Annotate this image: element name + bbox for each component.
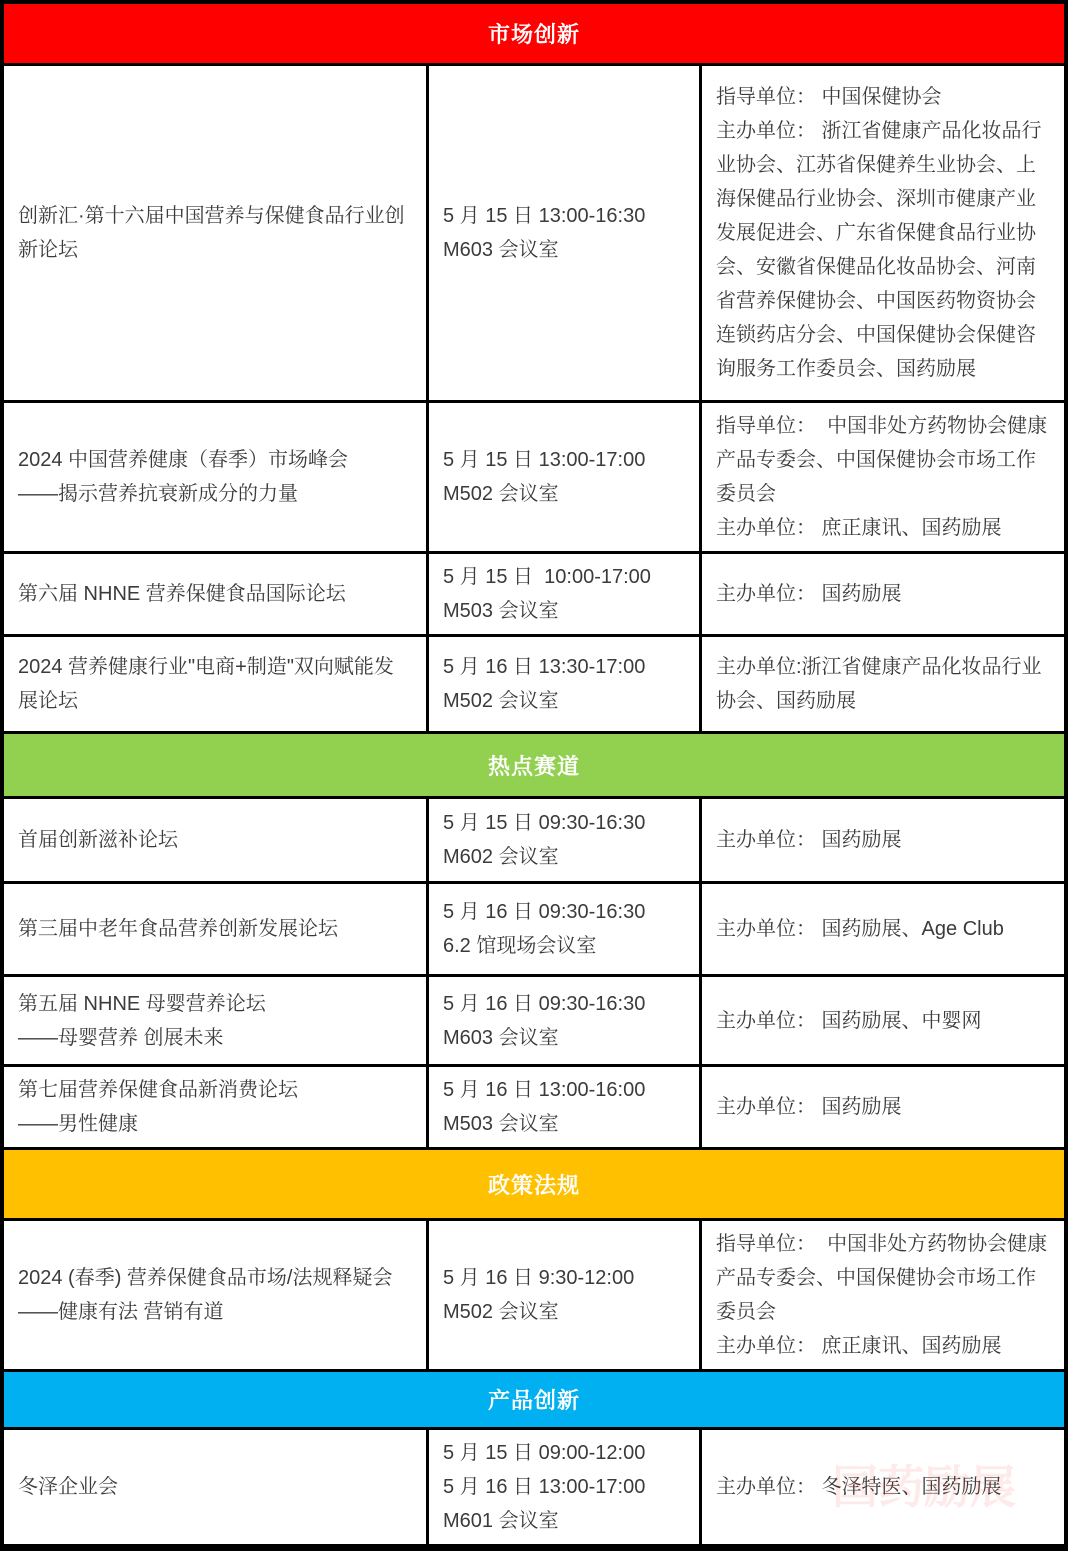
organizer-host: 主办单位:浙江省健康产品化妆品行业协会、国药励展 (716, 650, 1050, 718)
event-subtitle: ——男性健康 (18, 1107, 412, 1141)
table-row: 创新汇·第十六届中国营养与保健食品行业创新论坛 5 月 15 日 13:00-1… (4, 66, 1064, 403)
schedule-line: 6.2 馆现场会议室 (443, 929, 685, 963)
event-cell: 2024 营养健康行业"电商+制造"双向赋能发展论坛 (4, 637, 429, 731)
event-subtitle: ——健康有法 营销有道 (18, 1295, 412, 1329)
event-title: 第三届中老年食品营养创新发展论坛 (18, 912, 412, 946)
organizer-host: 主办单位： 国药励展 (716, 577, 1050, 611)
event-cell: 2024 (春季) 营养保健食品市场/法规释疑会 ——健康有法 营销有道 (4, 1221, 429, 1369)
organizer-host: 主办单位： 国药励展 (716, 1090, 1050, 1124)
section-header-market: 市场创新 (4, 4, 1064, 66)
event-title: 第六届 NHNE 营养保健食品国际论坛 (18, 577, 412, 611)
event-cell: 第七届营养保健食品新消费论坛 ——男性健康 (4, 1067, 429, 1147)
schedule-cell: 5 月 15 日 09:30-16:30 M602 会议室 (429, 799, 702, 881)
table-row: 第六届 NHNE 营养保健食品国际论坛 5 月 15 日 10:00-17:00… (4, 554, 1064, 637)
schedule-cell: 5 月 16 日 13:00-16:00 M503 会议室 (429, 1067, 702, 1147)
schedule-cell: 5 月 15 日 10:00-17:00 M503 会议室 (429, 554, 702, 634)
organizer-cell: 主办单位： 国药励展、Age Club (702, 884, 1064, 974)
event-cell: 第三届中老年食品营养创新发展论坛 (4, 884, 429, 974)
table-row: 2024 营养健康行业"电商+制造"双向赋能发展论坛 5 月 16 日 13:3… (4, 637, 1064, 734)
table-row: 第七届营养保健食品新消费论坛 ——男性健康 5 月 16 日 13:00-16:… (4, 1067, 1064, 1150)
schedule-line: M502 会议室 (443, 477, 685, 511)
schedule-line: M601 会议室 (443, 1504, 685, 1538)
schedule-line: 5 月 16 日 09:30-16:30 (443, 987, 685, 1021)
schedule-line: M503 会议室 (443, 1107, 685, 1141)
organizer-cell: 主办单位： 国药励展、中婴网 (702, 977, 1064, 1064)
organizer-host: 主办单位： 庶正康讯、国药励展 (716, 511, 1050, 545)
event-title: 创新汇·第十六届中国营养与保健食品行业创新论坛 (18, 199, 412, 267)
section-title: 市场创新 (488, 18, 580, 49)
schedule-line: 5 月 15 日 13:00-16:30 (443, 199, 685, 233)
schedule-line: 5 月 16 日 13:30-17:00 (443, 650, 685, 684)
event-cell: 冬泽企业会 (4, 1430, 429, 1544)
organizer-host: 主办单位： 国药励展、Age Club (716, 912, 1050, 946)
schedule-cell: 5 月 16 日 9:30-12:00 M502 会议室 (429, 1221, 702, 1369)
organizer-guidance: 指导单位： 中国保健协会 (716, 80, 1050, 114)
schedule-line: M502 会议室 (443, 1295, 685, 1329)
schedule-line: 5 月 15 日 10:00-17:00 (443, 560, 685, 594)
event-title: 第七届营养保健食品新消费论坛 (18, 1073, 412, 1107)
organizer-host: 主办单位： 国药励展 (716, 823, 1050, 857)
event-subtitle: ——揭示营养抗衰新成分的力量 (18, 477, 412, 511)
organizer-cell: 主办单位:浙江省健康产品化妆品行业协会、国药励展 (702, 637, 1064, 731)
organizer-cell: 主办单位： 国药励展 (702, 799, 1064, 881)
event-title: 首届创新滋补论坛 (18, 823, 412, 857)
organizer-cell: 主办单位： 冬泽特医、国药励展 (702, 1430, 1064, 1544)
section-title: 热点赛道 (488, 750, 580, 781)
event-subtitle: ——母婴营养 创展未来 (18, 1021, 412, 1055)
event-cell: 第六届 NHNE 营养保健食品国际论坛 (4, 554, 429, 634)
schedule-cell: 5 月 15 日 13:00-16:30 M603 会议室 (429, 66, 702, 400)
event-title: 冬泽企业会 (18, 1470, 412, 1504)
table-row: 首届创新滋补论坛 5 月 15 日 09:30-16:30 M602 会议室 主… (4, 799, 1064, 884)
section-header-policy: 政策法规 (4, 1150, 1064, 1221)
schedule-cell: 5 月 16 日 13:30-17:00 M502 会议室 (429, 637, 702, 731)
schedule-line: M603 会议室 (443, 233, 685, 267)
event-title: 2024 中国营养健康（春季）市场峰会 (18, 443, 412, 477)
organizer-cell: 指导单位： 中国非处方药物协会健康产品专委会、中国保健协会市场工作委员会 主办单… (702, 1221, 1064, 1369)
section-title: 政策法规 (488, 1169, 580, 1200)
table-row: 2024 (春季) 营养保健食品市场/法规释疑会 ——健康有法 营销有道 5 月… (4, 1221, 1064, 1372)
section-header-product: 产品创新 (4, 1372, 1064, 1430)
organizer-cell: 主办单位： 国药励展 (702, 1067, 1064, 1147)
organizer-host: 主办单位： 浙江省健康产品化妆品行业协会、江苏省保健养生业协会、上海保健品行业协… (716, 114, 1050, 386)
schedule-line: M503 会议室 (443, 594, 685, 628)
organizer-host: 主办单位： 国药励展、中婴网 (716, 1004, 1050, 1038)
event-cell: 2024 中国营养健康（春季）市场峰会 ——揭示营养抗衰新成分的力量 (4, 403, 429, 551)
organizer-cell: 指导单位： 中国保健协会 主办单位： 浙江省健康产品化妆品行业协会、江苏省保健养… (702, 66, 1064, 400)
event-cell: 第五届 NHNE 母婴营养论坛 ——母婴营养 创展未来 (4, 977, 429, 1064)
organizer-host: 主办单位： 冬泽特医、国药励展 (716, 1470, 1050, 1504)
organizer-host: 主办单位： 庶正康讯、国药励展 (716, 1329, 1050, 1363)
table-row: 2024 中国营养健康（春季）市场峰会 ——揭示营养抗衰新成分的力量 5 月 1… (4, 403, 1064, 554)
section-header-hot-tracks: 热点赛道 (4, 734, 1064, 799)
schedule-line: M602 会议室 (443, 840, 685, 874)
schedule-line: 5 月 16 日 13:00-16:00 (443, 1073, 685, 1107)
organizer-guidance: 指导单位： 中国非处方药物协会健康产品专委会、中国保健协会市场工作委员会 (716, 1227, 1050, 1329)
section-title: 产品创新 (488, 1384, 580, 1415)
table-row: 第五届 NHNE 母婴营养论坛 ——母婴营养 创展未来 5 月 16 日 09:… (4, 977, 1064, 1067)
schedule-line: 5 月 15 日 09:30-16:30 (443, 806, 685, 840)
table-row: 第三届中老年食品营养创新发展论坛 5 月 16 日 09:30-16:30 6.… (4, 884, 1064, 977)
schedule-line: M502 会议室 (443, 684, 685, 718)
table-row: 冬泽企业会 5 月 15 日 09:00-12:00 5 月 16 日 13:0… (4, 1430, 1064, 1547)
event-cell: 创新汇·第十六届中国营养与保健食品行业创新论坛 (4, 66, 429, 400)
schedule-line: 5 月 15 日 09:00-12:00 (443, 1436, 685, 1470)
schedule-line: 5 月 15 日 13:00-17:00 (443, 443, 685, 477)
event-title: 2024 营养健康行业"电商+制造"双向赋能发展论坛 (18, 650, 412, 718)
schedule-line: M603 会议室 (443, 1021, 685, 1055)
schedule-cell: 5 月 16 日 09:30-16:30 M603 会议室 (429, 977, 702, 1064)
schedule-line: 5 月 16 日 09:30-16:30 (443, 895, 685, 929)
conference-schedule-table: 市场创新 创新汇·第十六届中国营养与保健食品行业创新论坛 5 月 15 日 13… (0, 0, 1068, 1551)
schedule-line: 5 月 16 日 13:00-17:00 (443, 1470, 685, 1504)
schedule-cell: 5 月 16 日 09:30-16:30 6.2 馆现场会议室 (429, 884, 702, 974)
schedule-cell: 5 月 15 日 09:00-12:00 5 月 16 日 13:00-17:0… (429, 1430, 702, 1544)
event-title: 2024 (春季) 营养保健食品市场/法规释疑会 (18, 1261, 412, 1295)
organizer-cell: 主办单位： 国药励展 (702, 554, 1064, 634)
event-cell: 首届创新滋补论坛 (4, 799, 429, 881)
organizer-cell: 指导单位： 中国非处方药物协会健康产品专委会、中国保健协会市场工作委员会 主办单… (702, 403, 1064, 551)
schedule-cell: 5 月 15 日 13:00-17:00 M502 会议室 (429, 403, 702, 551)
organizer-guidance: 指导单位： 中国非处方药物协会健康产品专委会、中国保健协会市场工作委员会 (716, 409, 1050, 511)
event-title: 第五届 NHNE 母婴营养论坛 (18, 987, 412, 1021)
schedule-line: 5 月 16 日 9:30-12:00 (443, 1261, 685, 1295)
